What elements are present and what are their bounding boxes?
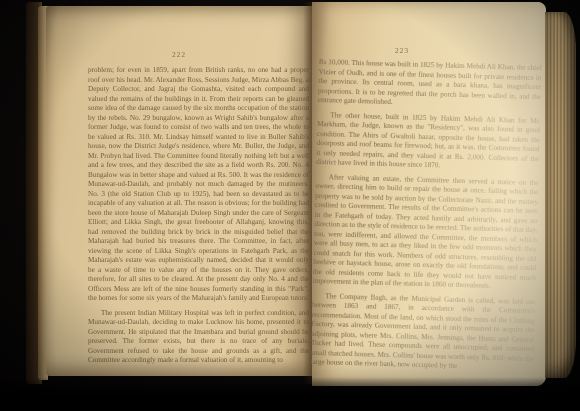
page-text-left: problem; for even in 1859, apart from Br…	[88, 66, 309, 366]
book-fore-edge	[545, 12, 576, 378]
paragraph: After valuing an estate, the Committee t…	[313, 172, 539, 292]
paragraph: Rs 10,000. This house was built in 1825 …	[318, 58, 542, 112]
page-text-right: Rs 10,000. This house was built in 1825 …	[310, 58, 542, 374]
page-number-left: 222	[46, 50, 312, 59]
paragraph: problem; for even in 1859, apart from Br…	[88, 66, 309, 304]
book-page-left: 222 problem; for even in 1859, apart fro…	[46, 6, 312, 376]
paragraph: The Company Bagh, as the Municipal Garde…	[310, 291, 535, 373]
book-page-right: 223 Rs 10,000. This house was built in 1…	[312, 2, 546, 386]
page-number-right: 223	[332, 46, 472, 55]
paragraph: The present Indian Military Hospital was…	[88, 309, 309, 366]
book-photograph: 222 problem; for even in 1859, apart fro…	[0, 0, 580, 411]
paragraph: The other house, built in 1825 by Hakim …	[316, 110, 541, 173]
